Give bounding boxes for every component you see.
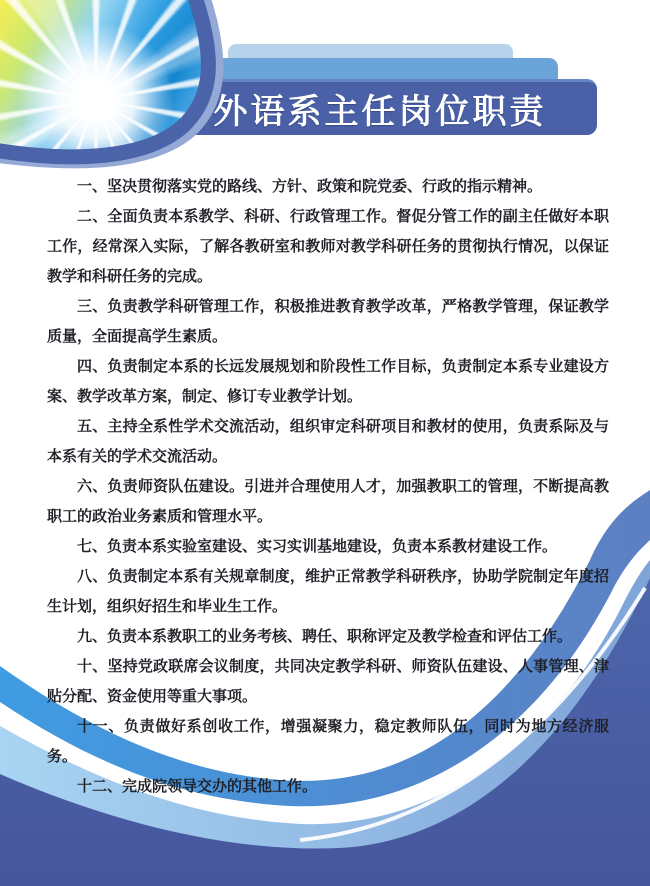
duty-item-5: 五、主持全系性学术交流活动，组织审定科研项目和教材的使用，负责系际及与本系有关的…: [47, 412, 609, 472]
duty-item-6: 六、负责师资队伍建设。引进并合理使用人才，加强教职工的管理，不断提高教职工的政治…: [47, 472, 609, 532]
duty-item-7: 七、负责本系实验室建设、实习实训基地建设，负责本系教材建设工作。: [47, 532, 609, 562]
duty-item-12: 十二、完成院领导交办的其他工作。: [47, 772, 609, 802]
duty-item-3: 三、负责教学科研管理工作，积极推进教育教学改革，严格教学管理，保证教学质量，全面…: [47, 292, 609, 352]
duty-item-8: 八、负责制定本系有关规章制度，维护正常教学科研秩序，协助学院制定年度招生计划，组…: [47, 562, 609, 622]
duty-item-11: 十一、负责做好系创收工作，增强凝聚力，稳定教师队伍，同时为地方经济服务。: [47, 712, 609, 772]
duty-item-9: 九、负责本系教职工的业务考核、聘任、职称评定及教学检查和评估工作。: [47, 622, 609, 652]
duty-item-4: 四、负责制定本系的长远发展规划和阶段性工作目标，负责制定本系专业建设方案、教学改…: [47, 352, 609, 412]
poster: 外语系主任岗位职责: [0, 0, 650, 886]
duty-item-2: 二、全面负责本系教学、科研、行政管理工作。督促分管工作的副主任做好本职工作，经常…: [47, 202, 609, 292]
duty-item-1: 一、坚决贯彻落实党的路线、方针、政策和院党委、行政的指示精神。: [47, 172, 609, 202]
corner-band-outer: [0, 0, 219, 164]
duty-list: 一、坚决贯彻落实党的路线、方针、政策和院党委、行政的指示精神。 二、全面负责本系…: [47, 172, 609, 802]
corner-band-inner: [0, 0, 208, 157]
duty-item-10: 十、坚持党政联席会议制度，共同决定教学科研、师资队伍建设、人事管理、津贴分配、资…: [47, 652, 609, 712]
